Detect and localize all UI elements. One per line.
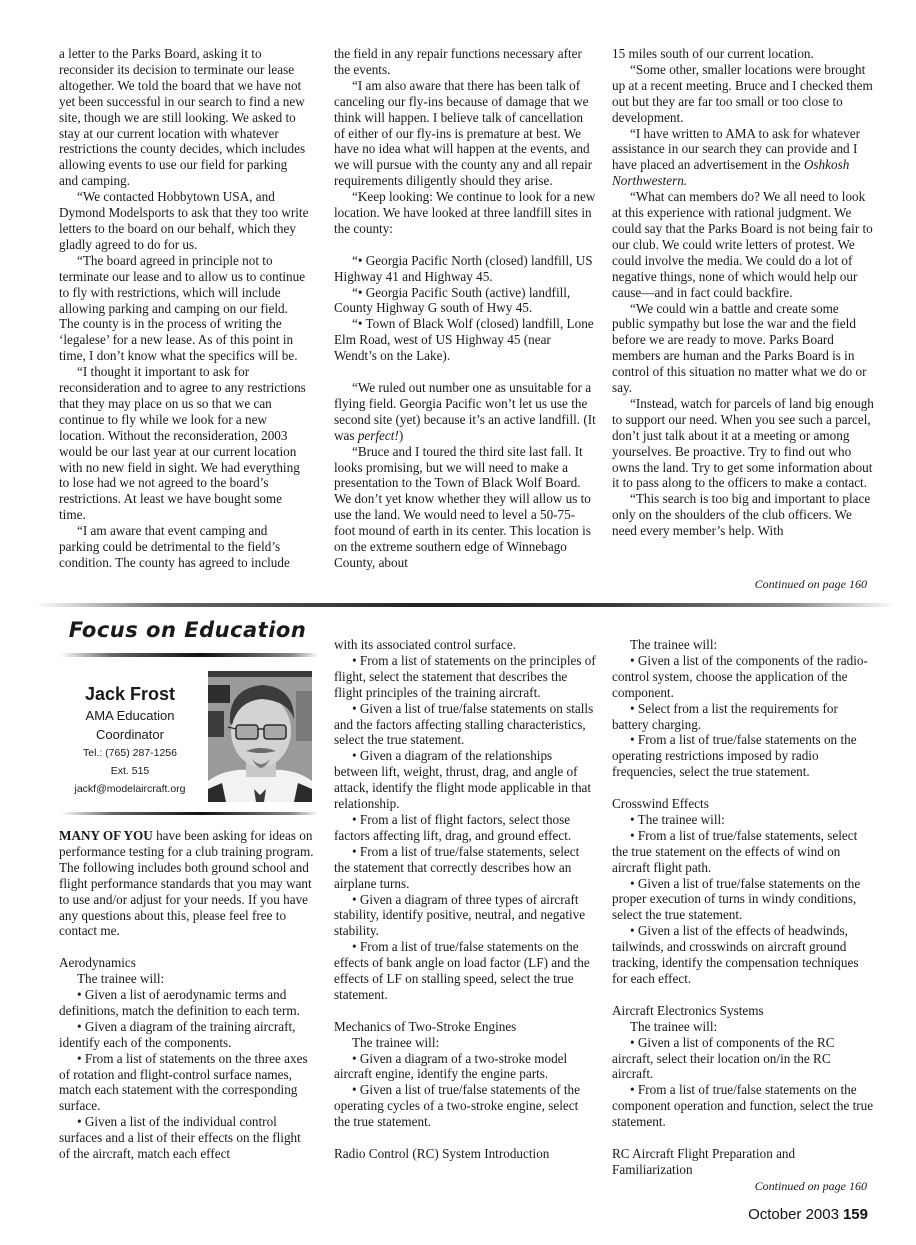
lead-in: MANY OF YOU [59, 828, 153, 843]
landfill-site-item: “• Town of Black Wolf (closed) landfill,… [334, 316, 596, 364]
paragraph: “Instead, watch for parcels of land big … [612, 396, 874, 491]
author-extension: Ext. 515 [62, 762, 198, 780]
portrait-icon [208, 671, 312, 802]
objective-item: • Given a list of the components of the … [612, 653, 874, 701]
paragraph: “Keep looking: We continue to look for a… [334, 189, 596, 237]
paragraph: “We contacted Hobbytown USA, and Dymond … [59, 189, 309, 253]
article-column-2: the field in any repair functions necess… [334, 46, 596, 571]
objective-item: • Given a list of the effects of headwin… [612, 923, 874, 987]
continued-note: Continued on page 160 [612, 577, 867, 592]
paragraph: “Bruce and I toured the third site last … [334, 444, 596, 571]
page-folio: October 2003159 [700, 1206, 868, 1223]
subsection-lead: The trainee will: [59, 971, 315, 987]
subsection-heading: Crosswind Effects [612, 796, 874, 812]
paragraph: “I am also aware that there has been tal… [334, 78, 596, 189]
objective-item: • Given a diagram of three types of airc… [334, 892, 596, 940]
objective-item: • Given a diagram of the relationships b… [334, 748, 596, 812]
objective-item-continued: with its associated control surface. [334, 637, 596, 653]
subsection-heading: Aerodynamics [59, 955, 315, 971]
objective-item: • From a list of true/false statements, … [612, 828, 874, 876]
author-title-line2: Coordinator [62, 725, 198, 744]
objective-item: • From a list of true/false statements, … [334, 844, 596, 892]
objective-item: • Given a list of true/false statements … [334, 1082, 596, 1130]
paragraph: “What can members do? We all need to loo… [612, 189, 874, 300]
subsection-lead: The trainee will: [612, 1019, 874, 1035]
subsection-heading: Aircraft Electronics Systems [612, 1003, 874, 1019]
article-column-3: 15 miles south of our current location. … [612, 46, 874, 539]
subsection-lead: • The trainee will: [612, 812, 874, 828]
paragraph: “I have written to AMA to ask for whatev… [612, 126, 874, 190]
paragraph: “We ruled out number one as unsuitable f… [334, 380, 596, 444]
author-bio: Jack Frost AMA Education Coordinator Tel… [62, 682, 198, 798]
education-column-1: MANY OF YOU have been asking for ideas o… [59, 828, 315, 1162]
objective-item: • From a list of true/false statements o… [334, 939, 596, 1003]
paragraph: 15 miles south of our current location. [612, 46, 874, 62]
paragraph: a letter to the Parks Board, asking it t… [59, 46, 309, 189]
landfill-site-item: “• Georgia Pacific South (active) landfi… [334, 285, 596, 317]
author-phone: Tel.: (765) 287-1256 [62, 744, 198, 762]
objective-item: • From a list of flight factors, select … [334, 812, 596, 844]
intro-paragraph: MANY OF YOU have been asking for ideas o… [59, 828, 315, 939]
objective-item: • Given a list of the individual control… [59, 1114, 315, 1162]
subsection-lead: The trainee will: [612, 637, 874, 653]
author-photo [208, 671, 312, 802]
paragraph: “I thought it important to ask for recon… [59, 364, 309, 523]
education-column-3: The trainee will: • Given a list of the … [612, 637, 874, 1178]
paragraph: the field in any repair functions necess… [334, 46, 596, 78]
article-column-1: a letter to the Parks Board, asking it t… [59, 46, 309, 571]
subsection-heading: Mechanics of Two-Stroke Engines [334, 1019, 596, 1035]
issue-date: October 2003 [748, 1206, 839, 1223]
subsection-heading: RC Aircraft Flight Preparation and Famil… [612, 1146, 874, 1178]
objective-item: • Given a diagram of the training aircra… [59, 1019, 315, 1051]
objective-item: • Given a diagram of a two-stroke model … [334, 1051, 596, 1083]
objective-item: • Given a list of true/false statements … [334, 701, 596, 749]
section-divider [36, 603, 896, 607]
objective-item: • Select from a list the requirements fo… [612, 701, 874, 733]
objective-item: • Given a list of true/false statements … [612, 876, 874, 924]
objective-item: • Given a list of components of the RC a… [612, 1035, 874, 1083]
continued-note: Continued on page 160 [612, 1179, 867, 1194]
paragraph: “We could win a battle and create some p… [612, 301, 874, 396]
education-column-2: with its associated control surface. • F… [334, 637, 596, 1162]
objective-item: • From a list of statements on the princ… [334, 653, 596, 701]
objective-item: • Given a list of aerodynamic terms and … [59, 987, 315, 1019]
author-name: Jack Frost [62, 682, 198, 706]
paragraph: “This search is too big and important to… [612, 491, 874, 539]
objective-item: • From a list of true/false statements o… [612, 732, 874, 780]
bio-underline [60, 812, 318, 815]
page-number: 159 [843, 1206, 868, 1223]
author-title: AMA Education [62, 706, 198, 725]
objective-item: • From a list of true/false statements o… [612, 1082, 874, 1130]
subsection-lead: The trainee will: [334, 1035, 596, 1051]
title-underline [60, 653, 318, 657]
emphasis: perfect! [358, 428, 399, 443]
paragraph: “Some other, smaller locations were brou… [612, 62, 874, 126]
subsection-heading: Radio Control (RC) System Introduction [334, 1146, 596, 1162]
landfill-site-item: “• Georgia Pacific North (closed) landfi… [334, 253, 596, 285]
paragraph: “I am aware that event camping and parki… [59, 523, 309, 571]
section-title: Focus on Education [60, 618, 315, 642]
paragraph: “The board agreed in principle not to te… [59, 253, 309, 364]
objective-item: • From a list of statements on the three… [59, 1051, 315, 1115]
author-email: jackf@modelaircraft.org [62, 780, 198, 798]
